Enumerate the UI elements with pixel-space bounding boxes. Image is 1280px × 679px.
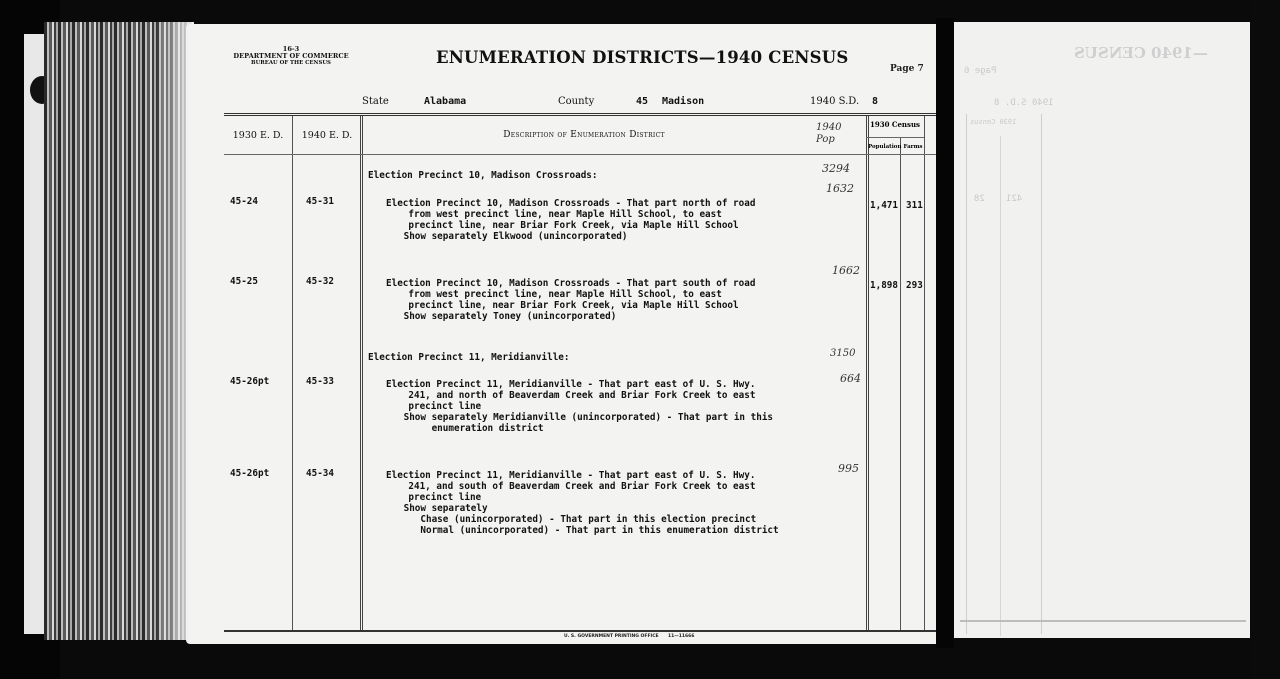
ed-1930: 45-24 [230, 196, 258, 207]
col-header-population: Population [868, 144, 900, 150]
department-name: DEPARTMENT OF COMMERCE [226, 53, 356, 60]
precinct-heading: Election Precinct 10, Madison Crossroads… [368, 170, 598, 181]
form-issuer: 16-3 DEPARTMENT OF COMMERCE BUREAU OF TH… [226, 46, 356, 67]
sd-value: 8 [872, 96, 878, 107]
ed-1940: 45-32 [306, 276, 334, 287]
col-header-description: Description of Enumeration District [364, 130, 804, 140]
county-name: Madison [662, 96, 704, 107]
facing-page-bleed-through: —1940 CENSUS Page 6 1940 S.D. 8 1930 Cen… [954, 22, 1250, 638]
col-header-1930-census: 1930 Census [868, 120, 922, 129]
enumeration-table: 1930 E. D. 1940 E. D. Description of Enu… [224, 116, 936, 630]
stacked-page-edges [44, 22, 194, 640]
ed-1930: 45-26pt [230, 376, 269, 387]
ghost-census-header: 1930 Census [970, 118, 1016, 126]
census-subrule [866, 137, 924, 138]
census-form-page: 16-3 DEPARTMENT OF COMMERCE BUREAU OF TH… [186, 24, 936, 644]
ghost-divider [1000, 136, 1001, 636]
col-header-farms: Farms [902, 144, 924, 150]
printer-imprint: U. S. GOVERNMENT PRINTING OFFICE 11—1166… [564, 634, 694, 639]
page-title: ENUMERATION DISTRICTS—1940 CENSUS [436, 48, 848, 67]
col-divider [924, 116, 925, 630]
handwritten-total: 3150 [830, 348, 855, 359]
col-header-1930-ed: 1930 E. D. [224, 130, 292, 141]
state-label: State [362, 96, 389, 107]
col-divider [866, 116, 869, 630]
handwritten-pop: 1662 [832, 264, 860, 277]
book-gutter [936, 18, 954, 648]
farms-1930: 311 [906, 200, 923, 211]
ghost-page-label: Page 6 [964, 66, 997, 76]
county-code: 45 [636, 96, 648, 107]
page-number: Page 7 [890, 64, 924, 74]
handwritten-pop: 664 [840, 372, 861, 385]
ghost-sd: 1940 S.D. 8 [994, 98, 1054, 108]
col-divider [900, 138, 901, 630]
header-bottom-rule [224, 154, 936, 155]
handwritten-pop: 1632 [826, 182, 854, 195]
ghost-farms: 28 [974, 194, 985, 204]
ghost-population: 421 [1006, 194, 1022, 204]
scan-border [1250, 0, 1280, 679]
col-header-1940-ed: 1940 E. D. [294, 130, 360, 141]
footer-rule [224, 630, 936, 632]
ghost-title: —1940 CENSUS [1074, 44, 1208, 62]
handwritten-pop: 995 [838, 462, 859, 475]
bureau-name: BUREAU OF THE CENSUS [226, 60, 356, 67]
sd-label: 1940 S.D. [810, 96, 859, 107]
handwritten-pop-header: 1940 Pop [816, 122, 860, 146]
ed-1940: 45-33 [306, 376, 334, 387]
ghost-columns [966, 114, 1042, 634]
population-1930: 1,471 [870, 200, 898, 211]
farms-1930: 293 [906, 280, 923, 291]
col-divider [360, 116, 363, 630]
ed-1940: 45-34 [306, 468, 334, 479]
state-value: Alabama [424, 96, 466, 107]
precinct-heading: Election Precinct 11, Meridianville: [368, 352, 570, 363]
ed-1930: 45-25 [230, 276, 258, 287]
population-1930: 1,898 [870, 280, 898, 291]
county-label: County [558, 96, 594, 107]
ed-1930: 45-26pt [230, 468, 269, 479]
ghost-bottom-rule [960, 620, 1246, 622]
col-divider [292, 116, 293, 630]
handwritten-total: 3294 [822, 162, 850, 175]
ed-1940: 45-31 [306, 196, 334, 207]
